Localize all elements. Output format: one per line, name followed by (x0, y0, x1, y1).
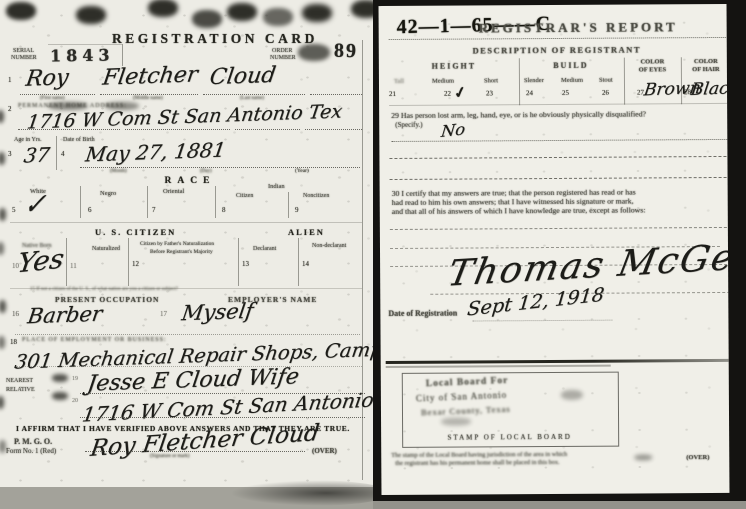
build-medium-number: 25 (562, 89, 569, 97)
build-medium-label: Medium (561, 77, 583, 84)
middle-name-hint: (Middle name) (133, 96, 163, 101)
citizen-divider (128, 238, 129, 286)
naturalized-label: Naturalized (92, 246, 120, 252)
serial-number-label: SERIAL (13, 48, 34, 54)
certify-text-line3: and that all of his answers of which I h… (392, 205, 646, 216)
date-of-registration-label: Date of Registration (388, 309, 457, 318)
last-name-hint: (Last name) (240, 96, 264, 101)
employer-number: 17 (160, 310, 167, 318)
signature-line (85, 451, 305, 452)
nondeclarant-number: 14 (302, 260, 309, 268)
scan-grime-top (6, 2, 36, 20)
scan-grime-left-edge (0, 110, 4, 123)
father-naturalization-label-2: Before Registrant's Majority (150, 249, 213, 255)
q29-text: 29 Has person lost arm, leg, hand, eye, … (391, 109, 646, 120)
race-noncitizen-number: 9 (295, 206, 299, 214)
card-over-label: (OVER) (312, 447, 337, 455)
first-name-hint: (First name) (40, 96, 65, 101)
occupation-handwriting: Barber (26, 302, 104, 329)
form-number-label: Form No. 1 (Red) (6, 447, 56, 455)
height-header: HEIGHT (404, 61, 504, 71)
alien-header: ALIEN (288, 227, 325, 237)
day-hint: (Day) (200, 169, 212, 174)
short-label: Short (484, 77, 498, 84)
order-number-label: ORDER (272, 48, 292, 54)
date-line (472, 320, 612, 322)
month-hint: (Month) (110, 169, 127, 174)
dob-handwriting: May 27, 1881 (84, 138, 227, 167)
slender-number: 24 (526, 89, 533, 97)
father-naturalization-number: 12 (132, 260, 139, 268)
race-negro-label: Negro (100, 190, 116, 197)
citizen-divider (66, 238, 67, 286)
race-negro-number: 6 (88, 206, 92, 214)
employer-handwriting: Myself (180, 299, 255, 325)
page-curl-shadow (230, 480, 390, 506)
card-title: REGISTRATION CARD (112, 31, 318, 47)
naturalized-number: 11 (70, 262, 77, 270)
form-code-smudge (634, 454, 652, 460)
color-of-hair-header-2: OF HAIR (681, 66, 730, 73)
race-divider (288, 192, 289, 218)
report-paper: 42—1—65——C REGISTRAR'S REPORT DESCRIPTIO… (379, 4, 730, 495)
short-number: 23 (486, 89, 493, 97)
race-citizen-number: 8 (222, 206, 226, 214)
race-indian-citizen-label: Citizen (236, 193, 253, 199)
section-rule (386, 359, 730, 364)
color-of-eyes-header: COLOR (624, 58, 681, 65)
field-3-number: 3 (8, 150, 12, 158)
occupation-line (15, 334, 360, 335)
serial-number-label-2: NUMBER (11, 55, 37, 61)
nation-question-line: 15 If not a citizen of the U. S., of wha… (30, 287, 178, 292)
citizen-divider (238, 238, 239, 286)
serial-box-bracket (122, 44, 123, 66)
height-medium-checkmark: ✓ (452, 82, 468, 103)
address-line (305, 129, 362, 130)
address-line (235, 129, 300, 130)
report-over-label: (OVER) (686, 454, 709, 461)
nearest-relative-label-2: RELATIVE (6, 387, 35, 393)
employment-place-label: PLACE OF EMPLOYMENT OR BUSINESS: (22, 337, 167, 343)
race-white-checkmark: ✓ (23, 188, 48, 221)
blank-line (390, 177, 730, 180)
name-line (203, 94, 305, 95)
table-bottom-rule (389, 103, 729, 106)
name-first-handwriting: Roy (24, 65, 70, 91)
relative-address-number: 20 (72, 398, 78, 404)
name-middle-handwriting: Fletcher (101, 62, 199, 90)
race-white-number: 5 (12, 206, 16, 214)
blank-line (389, 156, 729, 159)
age-handwriting: 37 (22, 143, 51, 168)
declarant-number: 13 (242, 260, 249, 268)
blank-line (390, 227, 730, 230)
height-medium-label: Medium (432, 78, 454, 85)
stamp-smudge (441, 418, 471, 426)
occupation-number: 16 (12, 310, 19, 318)
q29-specify: (Specify.) (395, 121, 422, 129)
pmgo-label: P. M. G. O. (14, 437, 52, 446)
serial-number-value: 1843 (50, 45, 115, 65)
section-rule-2 (386, 365, 611, 368)
name-last-handwriting: Cloud (208, 63, 277, 90)
race-divider (80, 186, 81, 218)
father-naturalization-label: Citizen by Father's Naturalization (140, 241, 214, 247)
citizen-divider (298, 238, 299, 286)
slender-label: Slender (524, 77, 544, 84)
stamp-smudge (561, 390, 583, 400)
scanned-draft-registration-document: REGISTRATION CARD SERIAL NUMBER 1843 ORD… (0, 0, 746, 509)
serial-box-line (48, 44, 122, 45)
card-right-edge-line (362, 40, 363, 480)
race-oriental-label: Oriental (163, 188, 184, 195)
stamp-box-caption: STAMP OF LOCAL BOARD (402, 433, 617, 442)
name-line (100, 94, 198, 95)
stout-label: Stout (599, 77, 613, 84)
height-medium-number: 22 (444, 90, 451, 98)
race-indian-label: Indian (268, 183, 285, 190)
stamp-footnote-line1: The stamp of the Local Board having juri… (391, 451, 567, 459)
race-header: RACE (130, 176, 250, 186)
race-oriental-number: 7 (152, 206, 156, 214)
native-born-yes-handwriting: Yes (15, 244, 66, 280)
dob-line (80, 167, 360, 168)
tall-label: Tall (394, 78, 404, 85)
relative-bracket-mark (52, 374, 68, 382)
name-line (310, 94, 362, 95)
registration-card-page: REGISTRATION CARD SERIAL NUMBER 1843 ORD… (0, 0, 373, 490)
report-title: REGISTRAR'S REPORT (479, 19, 678, 36)
order-number-value: 89 (334, 40, 358, 63)
registrars-report-page: 42—1—65——C REGISTRAR'S REPORT DESCRIPTIO… (373, 0, 746, 509)
nearest-relative-label: NEAREST (6, 378, 33, 384)
hair-color-handwriting: Black (690, 78, 730, 100)
race-indian-noncitizen-label: Noncitizen (303, 193, 329, 199)
us-citizen-header: U. S. CITIZEN (95, 227, 176, 237)
signature-hint: (Signature or mark) (150, 454, 189, 459)
declarant-label: Declarant (253, 246, 276, 252)
order-number-label-2: NUMBER (270, 55, 296, 61)
tall-number: 21 (389, 90, 396, 98)
employment-number: 18 (10, 338, 17, 346)
race-bottom-rule (10, 222, 362, 223)
relative-address-line (80, 417, 365, 418)
address-line (125, 129, 230, 130)
stout-number: 26 (602, 89, 609, 97)
relative-bracket-mark (52, 392, 68, 400)
stamp-footnote-line2: the registrant has his permanent home sh… (395, 459, 559, 467)
nondeclarant-label: Non-declarant (312, 243, 346, 249)
color-of-eyes-header-2: OF EYES (624, 66, 681, 73)
color-of-hair-header: COLOR (681, 58, 730, 65)
order-number-smudge (298, 44, 330, 61)
age-divider (56, 136, 57, 170)
relative-name-number: 19 (72, 376, 78, 382)
field-4-number: 4 (61, 150, 65, 158)
race-divider (147, 186, 148, 218)
q29-answer-handwriting: No (440, 119, 466, 141)
year-hint: (Year) (295, 168, 309, 174)
report-subtitle: DESCRIPTION OF REGISTRANT (457, 44, 657, 55)
build-header: BUILD (521, 61, 621, 71)
field-2-number: 2 (8, 105, 12, 113)
employment-line (15, 366, 362, 367)
name-line (20, 94, 95, 95)
field-1-number: 1 (8, 76, 12, 84)
address-line (18, 129, 120, 130)
race-divider (215, 186, 216, 218)
